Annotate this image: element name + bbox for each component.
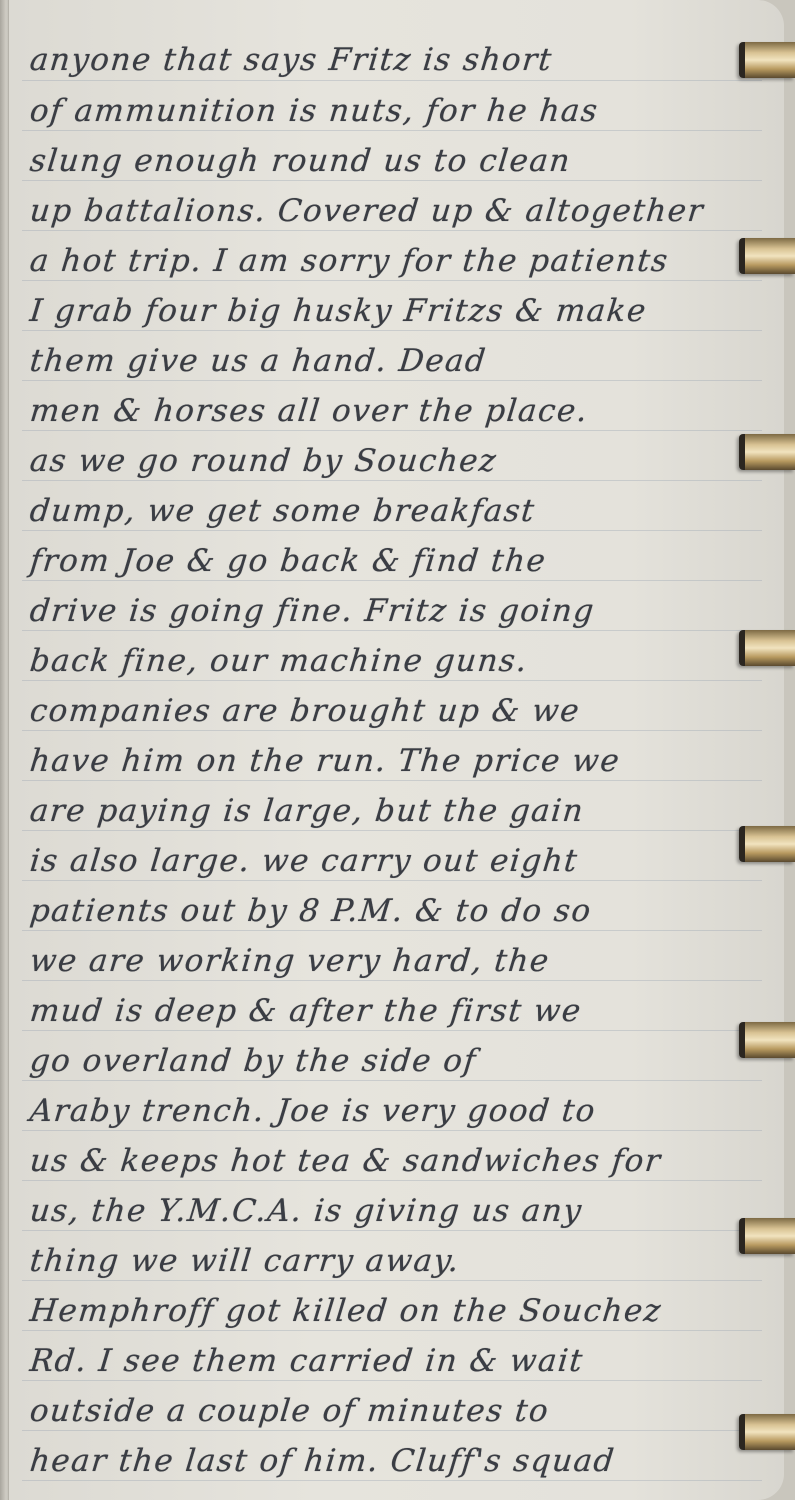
text-line: we are working very hard, the [28,943,552,979]
binder-ring-icon [739,630,795,666]
text-line: Hemphroff got killed on the Souchez [28,1293,664,1329]
binder-ring-icon [739,434,795,470]
ruled-line [22,80,762,81]
binder-ring-icon [739,42,795,78]
ruled-line [22,880,762,881]
text-line: us & keeps hot tea & sandwiches for [28,1143,663,1179]
ruled-line [22,580,762,581]
ruled-line [22,380,762,381]
ruled-line [22,1480,762,1481]
text-line: have him on the run. The price we [28,743,622,779]
text-line: mud is deep & after the first we [28,993,584,1029]
ruled-line [22,730,762,731]
ruled-line [22,1030,762,1031]
text-line: drive is going fine. Fritz is going [28,593,597,629]
ruled-line [22,1380,762,1381]
ruled-line [22,1180,762,1181]
text-line: Araby trench. Joe is very good to [28,1093,598,1129]
text-line: is also large. we carry out eight [28,843,580,879]
ruled-line [22,230,762,231]
binder-ring-icon [739,1022,795,1058]
ruled-line [22,830,762,831]
text-line: I grab four big husky Fritzs & make [28,293,649,329]
text-line: thing we will carry away. [28,1243,462,1279]
text-line: up battalions. Covered up & altogether [28,193,706,229]
text-line: men & horses all over the place. [28,393,590,429]
text-line: back fine, our machine guns. [28,643,530,679]
text-line: are paying is large, but the gain [28,793,586,829]
text-line: dump, we get some breakfast [28,493,537,529]
ruled-line [22,430,762,431]
text-line: us, the Y.M.C.A. is giving us any [28,1193,584,1229]
ruled-line [22,1430,762,1431]
ruled-line [22,780,762,781]
ruled-line [22,630,762,631]
text-line: companies are brought up & we [28,693,582,729]
ruled-line [22,280,762,281]
ruled-line [22,1280,762,1281]
binder-ring-icon [739,1414,795,1450]
text-line: them give us a hand. Dead [28,343,488,379]
text-line: as we go round by Souchez [28,443,499,479]
text-line: go overland by the side of [28,1043,478,1079]
ruled-line [22,330,762,331]
text-line: a hot trip. I am sorry for the patients [28,243,671,279]
text-line: outside a couple of minutes to [28,1393,551,1429]
ruled-line [22,1130,762,1131]
ruled-line [22,530,762,531]
text-line: Rd. I see them carried in & wait [28,1343,585,1379]
text-line: patients out by 8 P.M. & to do so [28,893,593,929]
notebook-page: anyone that says Fritz is short of ammun… [8,0,784,1500]
text-line: slung enough round us to clean [28,143,573,179]
ruled-line [22,480,762,481]
ruled-line [22,980,762,981]
ruled-line [22,1330,762,1331]
ruled-line [22,130,762,131]
ruled-line [22,930,762,931]
text-line: anyone that says Fritz is short [28,42,554,78]
binder-ring-icon [739,826,795,862]
ruled-line [22,180,762,181]
text-line: hear the last of him. Cluff's squad [28,1443,617,1479]
text-line: from Joe & go back & find the [28,543,548,579]
ruled-line [22,680,762,681]
binder-ring-icon [739,1218,795,1254]
ruled-line [22,1080,762,1081]
ruled-line [22,1230,762,1231]
binder-ring-icon [739,238,795,274]
text-line: of ammunition is nuts, for he has [28,93,600,129]
